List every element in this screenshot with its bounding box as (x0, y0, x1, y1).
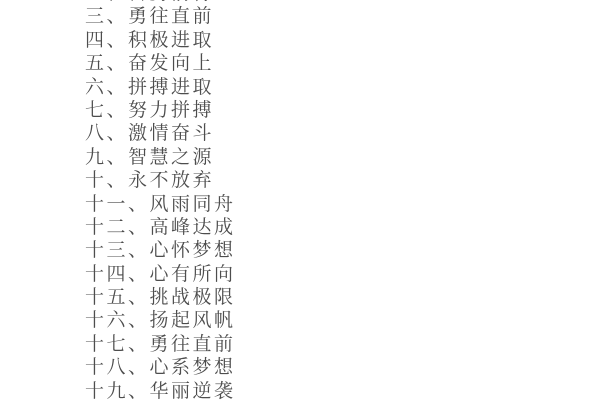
list-item-6: 六、拼搏进取 (85, 76, 236, 99)
list-item-12: 十二、高峰达成 (85, 216, 236, 239)
list-item-15: 十五、挑战极限 (85, 286, 236, 309)
list-item-14: 十四、心有所向 (85, 263, 236, 286)
list-item-13: 十三、心怀梦想 (85, 239, 236, 262)
slogan-list: 二、奋勇前行 三、勇往直前 四、积极进取 五、奋发向上 六、拼搏进取 七、努力拼… (85, 0, 236, 400)
list-item-8: 八、激情奋斗 (85, 122, 236, 145)
list-item-11: 十一、风雨同舟 (85, 193, 236, 216)
list-item-16: 十六、扬起风帆 (85, 309, 236, 332)
list-item-19: 十九、华丽逆袭 (85, 380, 236, 400)
list-item-18: 十八、心系梦想 (85, 356, 236, 379)
list-item-9: 九、智慧之源 (85, 146, 236, 169)
page: 二、奋勇前行 三、勇往直前 四、积极进取 五、奋发向上 六、拼搏进取 七、努力拼… (0, 0, 600, 400)
list-item-5: 五、奋发向上 (85, 52, 236, 75)
list-item-4: 四、积极进取 (85, 29, 236, 52)
list-item-17: 十七、勇往直前 (85, 333, 236, 356)
list-item-10: 十、永不放弃 (85, 169, 236, 192)
list-item-7: 七、努力拼搏 (85, 99, 236, 122)
list-item-3: 三、勇往直前 (85, 5, 236, 28)
